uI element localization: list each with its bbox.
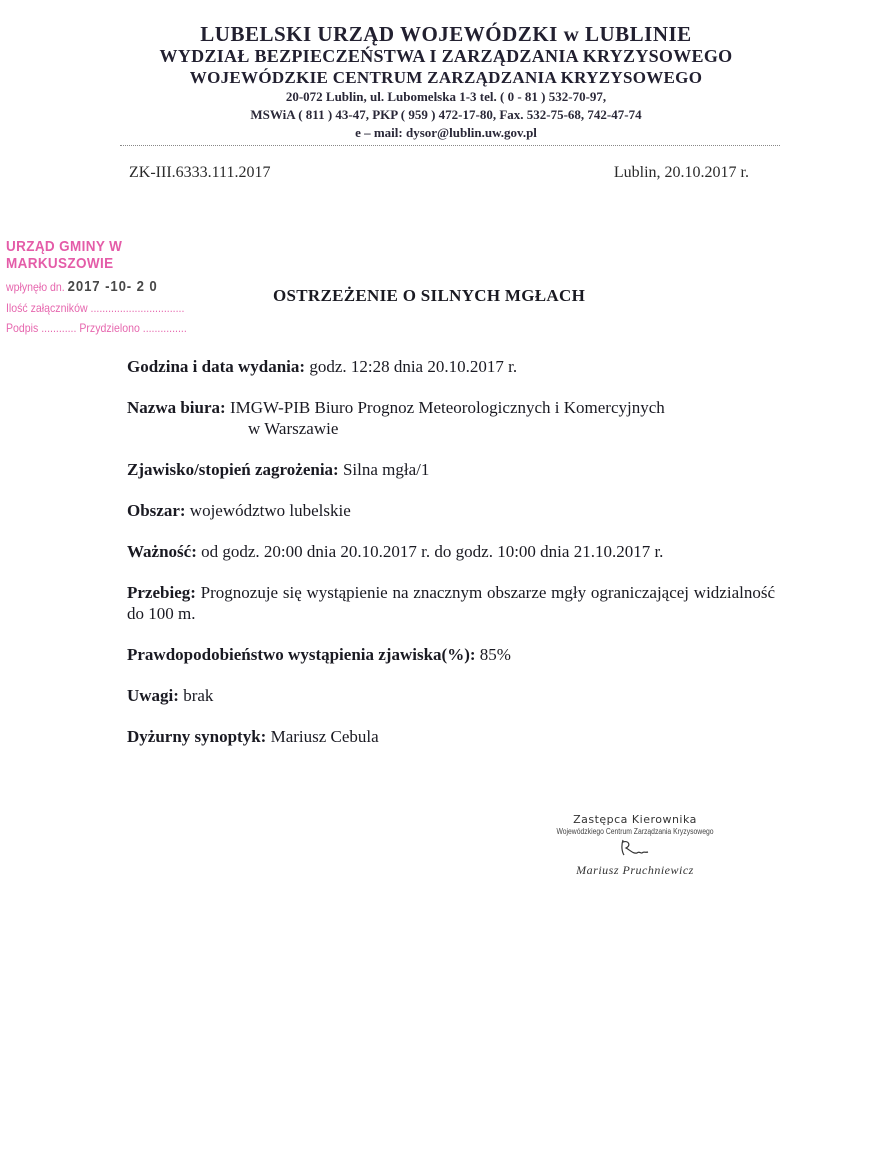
stamp-received-row: wpłynęło dn. 2017 -10- 2 0 xyxy=(6,278,226,295)
document-title: OSTRZEŻENIE O SILNYCH MGŁACH xyxy=(273,286,585,306)
field-label: Uwagi: xyxy=(127,686,179,705)
field-area: Obszar: województwo lubelskie xyxy=(127,500,775,521)
field-office: Nazwa biura: IMGW-PIB Biuro Prognoz Mete… xyxy=(127,397,775,439)
place-date: Lublin, 20.10.2017 r. xyxy=(614,164,749,182)
letterhead-email[interactable]: e – mail: dysor@lublin.uw.gov.pl xyxy=(0,124,892,142)
field-label: Ważność: xyxy=(127,542,197,561)
signatory-unit: Wojewódzkiego Centrum Zarządzania Kryzys… xyxy=(546,827,725,836)
reference-line: ZK-III.6333.111.2017 Lublin, 20.10.2017 … xyxy=(129,164,749,182)
field-remarks: Uwagi: brak xyxy=(127,685,775,706)
field-label: Prawdopodobieństwo wystąpienia zjawiska(… xyxy=(127,645,476,664)
field-label: Dyżurny synoptyk: xyxy=(127,727,266,746)
stamp-received-date: 2017 -10- 2 0 xyxy=(68,278,158,295)
letterhead: LUBELSKI URZĄD WOJEWÓDZKI w LUBLINIE WYD… xyxy=(0,22,892,142)
field-value: Prognozuje się wystąpienie na znacznym o… xyxy=(127,583,775,623)
handwritten-signature-icon xyxy=(615,838,655,858)
field-value: Silna mgła/1 xyxy=(343,460,429,479)
field-label: Nazwa biura: xyxy=(127,398,226,417)
field-phenomenon: Zjawisko/stopień zagrożenia: Silna mgła/… xyxy=(127,459,775,480)
field-value: Mariusz Cebula xyxy=(271,727,379,746)
letterhead-phones: MSWiA ( 811 ) 43-47, PKP ( 959 ) 472-17-… xyxy=(0,106,892,124)
field-value-continued: w Warszawie xyxy=(127,418,775,439)
stamp-signature: Podpis ............ Przydzielono .......… xyxy=(6,321,226,335)
stamp-received-label: wpłynęło dn. xyxy=(6,280,68,294)
field-value: województwo lubelskie xyxy=(190,501,351,520)
reference-number: ZK-III.6333.111.2017 xyxy=(129,164,270,181)
field-value: od godz. 20:00 dnia 20.10.2017 r. do god… xyxy=(201,542,663,561)
field-validity: Ważność: od godz. 20:00 dnia 20.10.2017 … xyxy=(127,541,775,562)
field-value: IMGW-PIB Biuro Prognoz Meteorologicznych… xyxy=(230,398,665,417)
signature-block: Zastępca Kierownika Wojewódzkiego Centru… xyxy=(530,813,740,878)
field-issue-time: Godzina i data wydania: godz. 12:28 dnia… xyxy=(127,356,775,377)
stamp-office: URZĄD GMINY W MARKUSZOWIE xyxy=(6,238,231,272)
signatory-role: Zastępca Kierownika xyxy=(530,813,740,826)
field-value: godz. 12:28 dnia 20.10.2017 r. xyxy=(309,357,517,376)
field-label: Zjawisko/stopień zagrożenia: xyxy=(127,460,339,479)
letterhead-office: LUBELSKI URZĄD WOJEWÓDZKI w LUBLINIE xyxy=(0,22,892,46)
signatory-name: Mariusz Pruchniewicz xyxy=(530,863,740,878)
field-label: Godzina i data wydania: xyxy=(127,357,305,376)
field-label: Obszar: xyxy=(127,501,186,520)
letterhead-center: WOJEWÓDZKIE CENTRUM ZARZĄDZANIA KRYZYSOW… xyxy=(0,67,892,88)
field-value: 85% xyxy=(480,645,511,664)
stamp-attachments: Ilość załączników ......................… xyxy=(6,301,226,315)
letterhead-address: 20-072 Lublin, ul. Lubomelska 1-3 tel. (… xyxy=(0,88,892,106)
field-course: Przebieg: Prognozuje się wystąpienie na … xyxy=(127,582,775,624)
field-label: Przebieg: xyxy=(127,583,196,602)
receipt-stamp: URZĄD GMINY W MARKUSZOWIE wpłynęło dn. 2… xyxy=(6,238,256,335)
letterhead-divider xyxy=(120,145,780,146)
warning-fields: Godzina i data wydania: godz. 12:28 dnia… xyxy=(127,356,775,767)
field-value: brak xyxy=(183,686,213,705)
field-forecaster: Dyżurny synoptyk: Mariusz Cebula xyxy=(127,726,775,747)
letterhead-department: WYDZIAŁ BEZPIECZEŃSTWA I ZARZĄDZANIA KRY… xyxy=(0,46,892,67)
field-probability: Prawdopodobieństwo wystąpienia zjawiska(… xyxy=(127,644,775,665)
